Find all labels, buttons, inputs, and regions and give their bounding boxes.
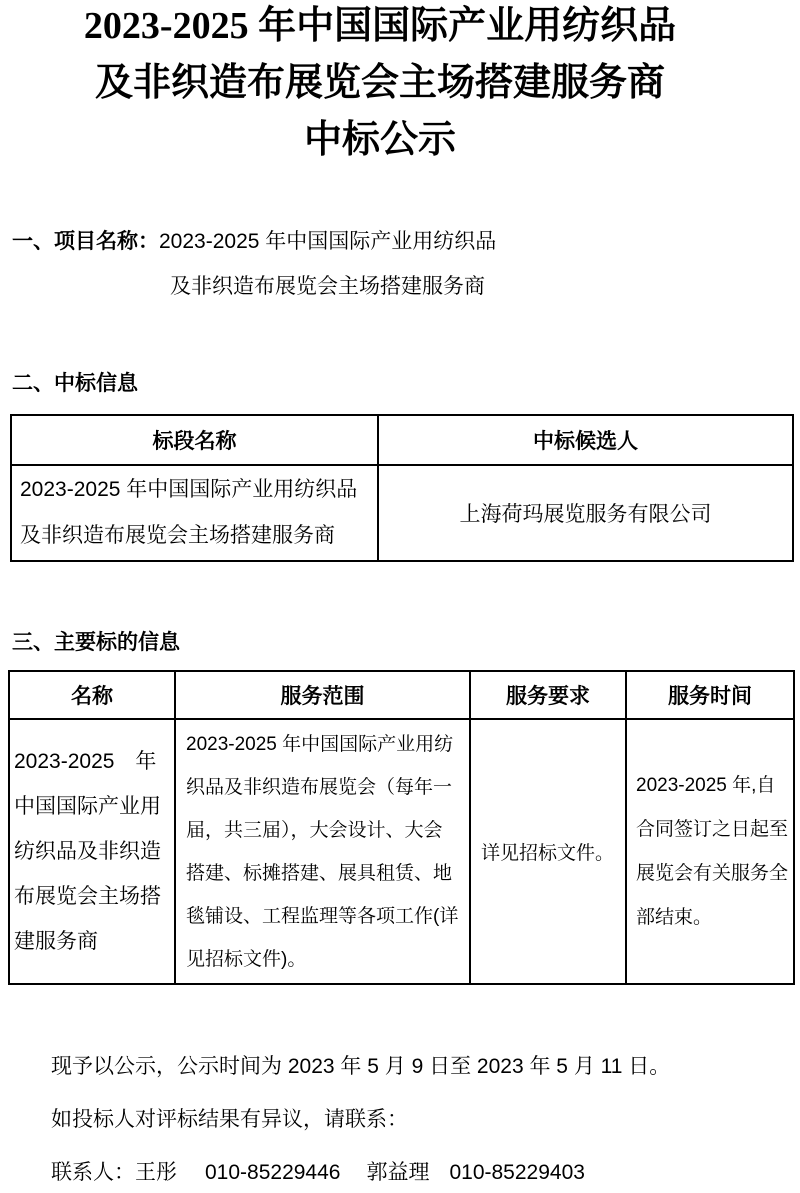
service-scope-cell: 2023-2025 年中国国际产业用纺 织品及非织造布展览会（每年一 届，共三届… (175, 719, 470, 984)
project-name-label: 一、项目名称： (12, 230, 159, 253)
winner-header-cell: 中标候选人 (378, 415, 793, 465)
subject-name-line: 纺织品及非织造 (14, 829, 170, 874)
project-name-value-line-2: 及非织造布展览会主场搭建服务商 (170, 274, 485, 300)
service-scope-line: 届，共三届），大会设计、大会 (186, 809, 459, 852)
project-name-value-line-1: 2023-2025 年中国国际产业用纺织品 (159, 230, 496, 253)
subject-name-line: 中国国际产业用 (14, 784, 170, 829)
contact-label: 联系人： (51, 1161, 135, 1184)
requirement-header-cell: 服务要求 (470, 671, 626, 719)
contact-1-phone: 010-85229446 (205, 1161, 340, 1184)
service-scope-line: 2023-2025 年中国国际产业用纺 (186, 723, 459, 766)
subject-data-row: 2023-2025 年 中国国际产业用 纺织品及非织造 布展览会主场搭 建服务商… (9, 719, 794, 984)
bid-section-header-cell: 标段名称 (11, 415, 378, 465)
contact-1-name: 王彤 (135, 1161, 177, 1184)
subject-info-heading: 三、主要标的信息 (12, 630, 180, 656)
notice-paragraph: 现予以公示，公示时间为 2023 年 5 月 9 日至 2023 年 5 月 1… (51, 1053, 670, 1081)
subject-name-line: 布展览会主场搭 (14, 874, 170, 919)
service-scope-line: 见招标文件)。 (186, 938, 459, 981)
project-name-line-1: 一、项目名称：2023-2025 年中国国际产业用纺织品 (12, 229, 496, 255)
bid-info-data-row: 2023-2025 年中国国际产业用纺织品 及非织造布展览会主场搭建服务商 上海… (11, 465, 793, 561)
page-title: 2023-2025 年中国国际产业用纺织品 及非织造布展览会主场搭建服务商 中标… (0, 0, 760, 169)
winner-cell: 上海荷玛展览服务有限公司 (378, 465, 793, 561)
service-time-line: 合同签订之日起至 (636, 808, 784, 852)
service-time-line: 2023-2025 年,自 (636, 764, 784, 808)
service-scope-line: 毯铺设、工程监理等各项工作(详 (186, 895, 459, 938)
service-requirement-cell: 详见招标文件。 (470, 719, 626, 984)
scope-header-cell: 服务范围 (175, 671, 470, 719)
service-time-cell: 2023-2025 年,自 合同签订之日起至 展览会有关服务全 部结束。 (626, 719, 794, 984)
document-page: 2023-2025 年中国国际产业用纺织品 及非织造布展览会主场搭建服务商 中标… (0, 0, 800, 1193)
bid-info-heading: 二、中标信息 (12, 371, 138, 397)
subject-name-line: 建服务商 (14, 919, 170, 964)
page-title-line-3: 中标公示 (0, 112, 760, 169)
subject-info-table: 名称 服务范围 服务要求 服务时间 2023-2025 年 中国国际产业用 纺织… (8, 670, 795, 985)
name-header-cell: 名称 (9, 671, 175, 719)
bid-section-line-1: 2023-2025 年中国国际产业用纺织品 (20, 467, 377, 513)
contact-2-name: 郭益理 (366, 1161, 429, 1184)
service-scope-line: 搭建、标摊搭建、展具租赁、地 (186, 852, 459, 895)
subject-name-line: 2023-2025 年 (14, 739, 170, 784)
bid-info-table: 标段名称 中标候选人 2023-2025 年中国国际产业用纺织品 及非织造布展览… (10, 414, 794, 562)
contact-2-phone: 010-85229403 (449, 1161, 584, 1184)
service-scope-line: 织品及非织造布展览会（每年一 (186, 766, 459, 809)
bid-section-cell: 2023-2025 年中国国际产业用纺织品 及非织造布展览会主场搭建服务商 (11, 465, 378, 561)
service-time-line: 部结束。 (636, 896, 784, 940)
time-header-cell: 服务时间 (626, 671, 794, 719)
bid-info-header-row: 标段名称 中标候选人 (11, 415, 793, 465)
service-time-line: 展览会有关服务全 (636, 852, 784, 896)
page-title-line-2: 及非织造布展览会主场搭建服务商 (0, 55, 760, 112)
page-title-line-1: 2023-2025 年中国国际产业用纺织品 (0, 0, 760, 55)
subject-header-row: 名称 服务范围 服务要求 服务时间 (9, 671, 794, 719)
bid-section-line-2: 及非织造布展览会主场搭建服务商 (20, 513, 377, 559)
contact-paragraph: 联系人：王彤010-85229446郭益理010-85229403 (51, 1159, 585, 1187)
subject-name-cell: 2023-2025 年 中国国际产业用 纺织品及非织造 布展览会主场搭 建服务商 (9, 719, 175, 984)
objection-paragraph: 如投标人对评标结果有异议，请联系： (51, 1106, 408, 1134)
